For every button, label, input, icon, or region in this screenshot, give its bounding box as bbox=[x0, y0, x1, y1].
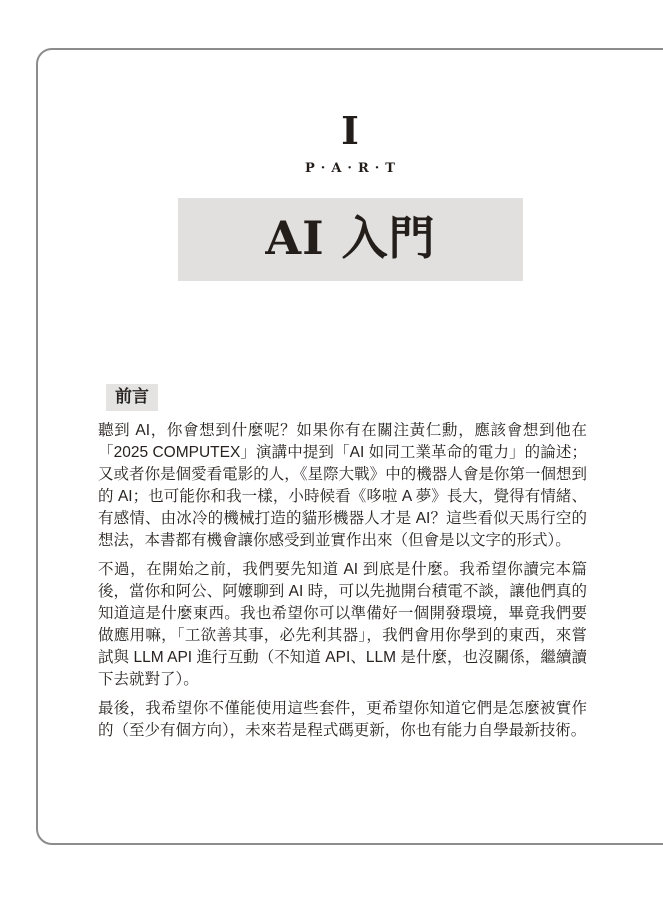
preface-heading: 前言 bbox=[106, 384, 158, 411]
preface-paragraph: 最後，我希望你不僅能使用這些套件，更希望你知道它們是怎麼被實作的（至少有個方向）… bbox=[98, 698, 587, 742]
preface-body: 聽到 AI，你會想到什麼呢？如果你有在關注黃仁勳，應該會想到他在「2025 CO… bbox=[98, 420, 587, 742]
book-page: { "part": { "number": "I", "label": "P·A… bbox=[0, 0, 663, 897]
part-title: AI 入門 bbox=[265, 215, 435, 265]
part-title-banner: AI 入門 bbox=[178, 198, 523, 281]
preface-paragraph: 聽到 AI，你會想到什麼呢？如果你有在關注黃仁勳，應該會想到他在「2025 CO… bbox=[98, 420, 587, 552]
part-label: P·A·R·T bbox=[0, 161, 663, 176]
part-number: I bbox=[0, 112, 663, 150]
preface-paragraph: 不過，在開始之前，我們要先知道 AI 到底是什麼。我希望你讀完本篇後，當你和阿公… bbox=[98, 559, 587, 691]
